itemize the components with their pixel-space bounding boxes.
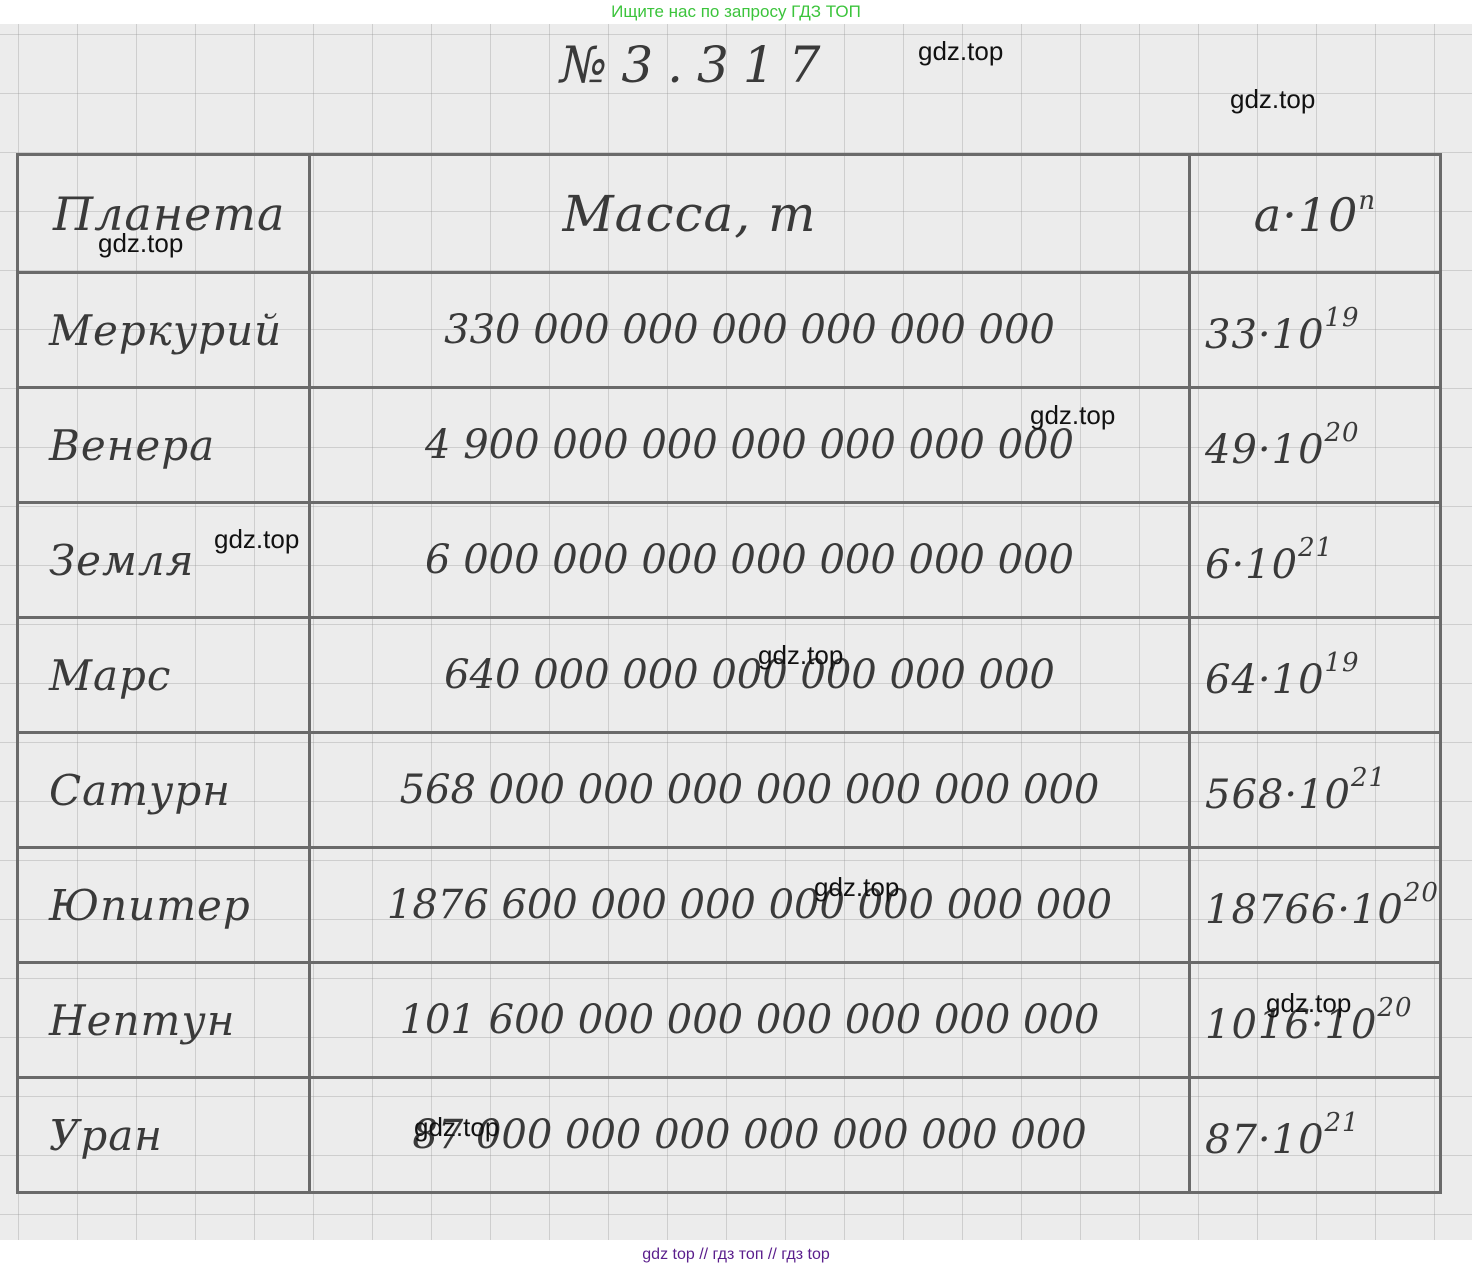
power: 20 [1325, 418, 1360, 448]
planet-mass: 101 600 000 000 000 000 000 000 [310, 963, 1190, 1078]
table-row: Земля6 000 000 000 000 000 000 0006·1021 [18, 503, 1441, 618]
planet-name: Юпитер [18, 848, 310, 963]
planet-mass: 640 000 000 000 000 000 000 [310, 618, 1190, 733]
watermark: gdz.top [1030, 400, 1115, 431]
bottom-banner[interactable]: gdz top // гдз топ // гдз top [0, 1240, 1472, 1269]
power: 21 [1325, 1108, 1360, 1138]
table-row: Нептун101 600 000 000 000 000 000 000101… [18, 963, 1441, 1078]
power: 21 [1351, 763, 1386, 793]
standard-form: 18766·1020 [1190, 848, 1441, 963]
standard-form: 33·1019 [1190, 273, 1441, 388]
watermark: gdz.top [918, 36, 1003, 67]
planet-mass: 330 000 000 000 000 000 000 [310, 273, 1190, 388]
power: 21 [1298, 533, 1333, 563]
watermark: gdz.top [214, 524, 299, 555]
coefficient: 49·10 [1205, 427, 1325, 473]
coefficient: 568·10 [1205, 772, 1351, 818]
standard-form: 1016·1020 [1190, 963, 1441, 1078]
table-row: Меркурий330 000 000 000 000 000 00033·10… [18, 273, 1441, 388]
power: 20 [1404, 878, 1439, 908]
coefficient: 18766·10 [1205, 887, 1404, 933]
watermark: gdz.top [1230, 84, 1315, 115]
table-row: Венера4 900 000 000 000 000 000 00049·10… [18, 388, 1441, 503]
table-row: Марс640 000 000 000 000 000 00064·1019 [18, 618, 1441, 733]
planet-name: Уран [18, 1078, 310, 1193]
watermark: gdz.top [758, 640, 843, 671]
header-standard-form: a·10n [1190, 155, 1441, 273]
standard-form: 568·1021 [1190, 733, 1441, 848]
coefficient: 64·10 [1205, 657, 1325, 703]
planet-mass-table: Планета Масса, т a·10n Меркурий330 000 0… [16, 153, 1442, 1194]
planet-name: Нептун [18, 963, 310, 1078]
planet-mass: 568 000 000 000 000 000 000 000 [310, 733, 1190, 848]
header-exp-power: n [1358, 186, 1376, 216]
standard-form: 6·1021 [1190, 503, 1441, 618]
table-row: Сатурн568 000 000 000 000 000 000 000568… [18, 733, 1441, 848]
planet-mass: 6 000 000 000 000 000 000 000 [310, 503, 1190, 618]
planet-name: Венера [18, 388, 310, 503]
planet-name: Меркурий [18, 273, 310, 388]
planet-mass: 1876 600 000 000 000 000 000 000 [310, 848, 1190, 963]
coefficient: 87·10 [1205, 1117, 1325, 1163]
watermark: gdz.top [98, 228, 183, 259]
top-banner[interactable]: Ищите нас по запросу ГДЗ ТОП [0, 0, 1472, 24]
planet-name: Сатурн [18, 733, 310, 848]
coefficient: 33·10 [1205, 312, 1325, 358]
header-exp-base: a·10 [1254, 188, 1359, 242]
power: 20 [1377, 993, 1412, 1023]
table-header-row: Планета Масса, т a·10n [18, 155, 1441, 273]
watermark: gdz.top [414, 1112, 499, 1143]
power: 19 [1325, 648, 1360, 678]
problem-number: №3.317 [560, 36, 834, 94]
power: 19 [1325, 303, 1360, 333]
standard-form: 49·1020 [1190, 388, 1441, 503]
standard-form: 87·1021 [1190, 1078, 1441, 1193]
table-row: Уран87 000 000 000 000 000 000 00087·102… [18, 1078, 1441, 1193]
watermark: gdz.top [814, 872, 899, 903]
coefficient: 6·10 [1205, 542, 1298, 588]
planet-name: Земля [18, 503, 310, 618]
header-mass: Масса, т [310, 155, 1190, 273]
watermark: gdz.top [1266, 988, 1351, 1019]
planet-name: Марс [18, 618, 310, 733]
standard-form: 64·1019 [1190, 618, 1441, 733]
table-row: Юпитер1876 600 000 000 000 000 000 00018… [18, 848, 1441, 963]
